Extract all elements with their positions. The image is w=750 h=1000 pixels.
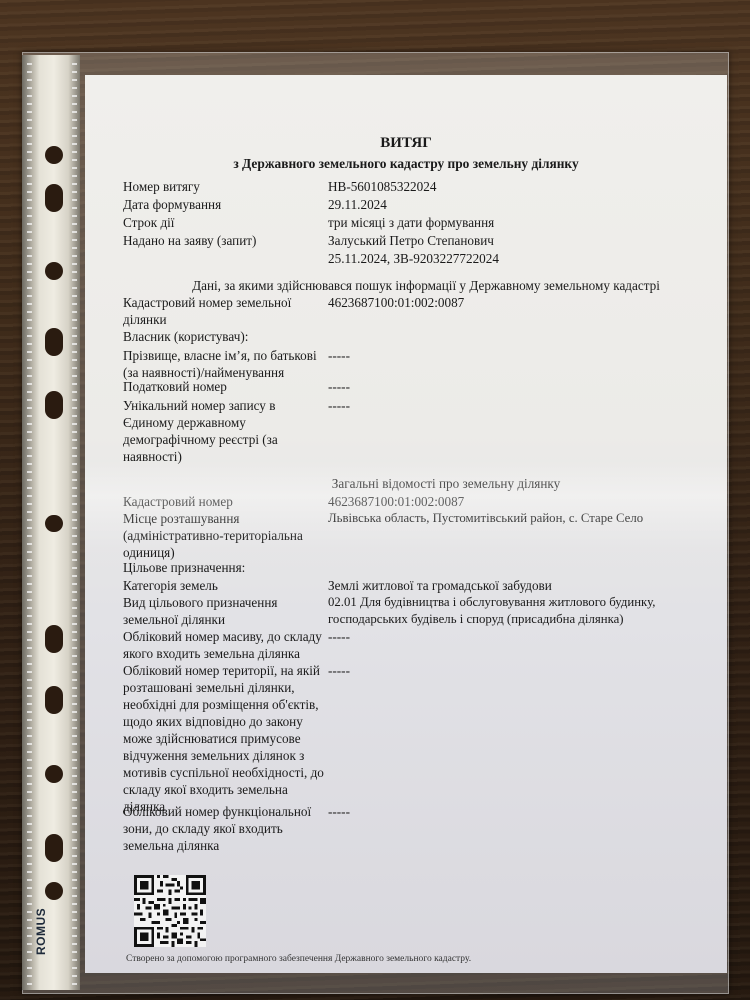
punch-hole (45, 328, 63, 356)
field-label: Вид цільового призначення земельної діля… (123, 594, 293, 628)
field-value: ----- (328, 803, 708, 820)
search-section-heading: Дані, за якими здійснювався пошук інформ… (85, 277, 727, 294)
field-value: ----- (328, 347, 708, 364)
sleeve-brand-label: ROMUS (34, 908, 48, 955)
punch-hole (45, 391, 63, 419)
punch-hole (45, 882, 63, 900)
field-label: Цільове призначення: (123, 559, 383, 576)
field-label: Категорія земель (123, 577, 328, 594)
field-label: Номер витягу (123, 178, 328, 195)
general-section-heading: Загальні відомості про земельну ділянку (85, 475, 727, 492)
field-label: Строк дії (123, 214, 328, 231)
field-label: Обліковий номер території, на якій розта… (123, 662, 331, 815)
document-subtitle: з Державного земельного кадастру про зем… (85, 155, 727, 172)
field-value: три місяці з дати формування (328, 214, 708, 231)
perforation-line (27, 60, 32, 985)
punch-hole (45, 834, 63, 862)
field-label: Надано на заяву (запит) (123, 232, 328, 249)
field-label: Податковий номер (123, 378, 328, 395)
field-value: ----- (328, 662, 708, 679)
cadastre-extract-document: ВИТЯГ з Державного земельного кадастру п… (85, 75, 727, 973)
punch-hole (45, 184, 63, 212)
field-value: 4623687100:01:002:0087 (328, 493, 708, 510)
field-value: 4623687100:01:002:0087 (328, 294, 708, 311)
field-value: 02.01 Для будівництва і обслуговування ж… (328, 594, 723, 628)
field-value: Землі житлової та громадської забудови (328, 577, 708, 594)
qr-code-icon (134, 875, 206, 947)
punch-hole (45, 765, 63, 783)
perforation-line (72, 60, 77, 985)
field-value: ----- (328, 628, 708, 645)
field-label: Унікальний номер запису в Єдиному держав… (123, 397, 313, 465)
field-label: Прізвище, власне ім’я, по батькові (за н… (123, 347, 333, 381)
field-label: Обліковий номер масиву, до складу якого … (123, 628, 333, 662)
field-value: ----- (328, 378, 708, 395)
punch-hole (45, 262, 63, 280)
field-value: НВ-5601085322024 (328, 178, 708, 195)
punch-hole (45, 686, 63, 714)
field-value: ----- (328, 397, 708, 414)
document-footer: Створено за допомогою програмного забезп… (126, 951, 471, 968)
field-value: Львівська область, Пустомитівський район… (328, 510, 708, 527)
field-value: 29.11.2024 (328, 196, 708, 213)
field-value: 25.11.2024, ЗВ-9203227722024 (328, 250, 708, 267)
field-label: Кадастровий номер земельної ділянки (123, 294, 328, 328)
punch-hole (45, 146, 63, 164)
field-label: Кадастровий номер (123, 493, 328, 510)
field-label: Власник (користувач): (123, 328, 383, 345)
punch-hole (45, 515, 63, 532)
field-value: Залуський Петро Степанович (328, 232, 708, 249)
field-label: Місце розташування (адміністративно-тери… (123, 510, 323, 561)
field-label: Дата формування (123, 196, 328, 213)
field-label: Обліковий номер функціональної зони, до … (123, 803, 321, 854)
punch-hole (45, 625, 63, 653)
document-title: ВИТЯГ (85, 135, 727, 152)
